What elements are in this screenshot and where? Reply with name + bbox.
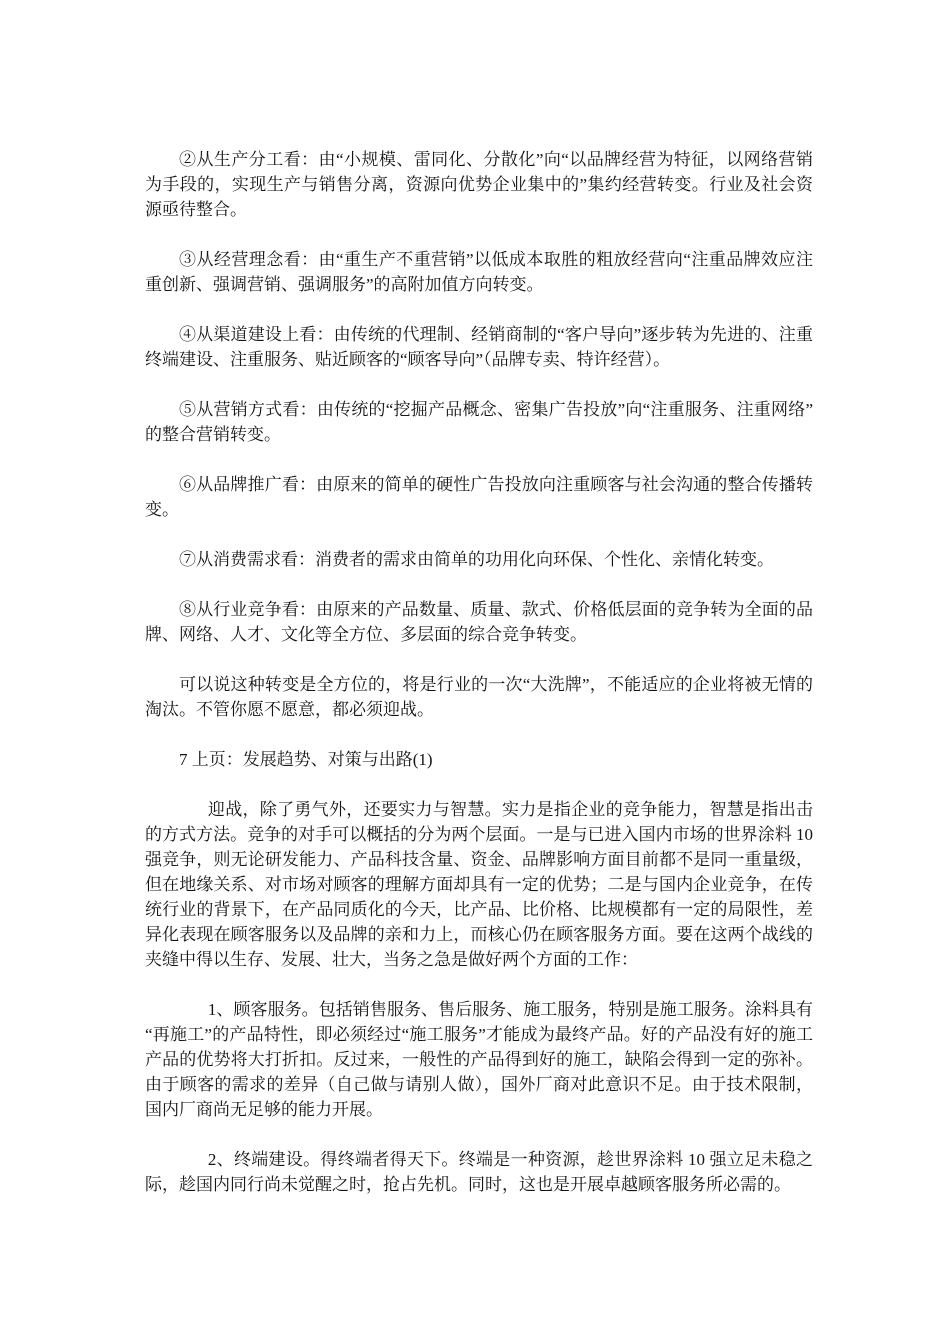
paragraph-customer-service: 1、顾客服务。包括销售服务、售后服务、施工服务，特别是施工服务。涂料具有“再施工… [145,997,813,1122]
document-page: ②从生产分工看：由“小规模、雷同化、分散化”向“以品牌经营为特征，以网络营销为手… [145,147,813,1222]
pagination-line: 7 上页：发展趋势、对策与出路(1) [145,747,813,772]
paragraph-business-philosophy: ③从经营理念看：由“重生产不重营销”以低成本取胜的粗放经营向“注重品牌效应注重创… [145,247,813,297]
paragraph-terminal-construction: 2、终端建设。得终端者得天下。终端是一种资源，趁世界涂料 10 强立足未稳之际，… [145,1147,813,1197]
paragraph-channel-construction: ④从渠道建设上看：由传统的代理制、经销商制的“客户导向”逐步转为先进的、注重终端… [145,322,813,372]
paragraph-conclusion-reshuffle: 可以说这种转变是全方位的，将是行业的一次“大洗牌”，不能适应的企业将被无情的淘汰… [145,672,813,722]
paragraph-production-division: ②从生产分工看：由“小规模、雷同化、分散化”向“以品牌经营为特征，以网络营销为手… [145,147,813,222]
paragraph-marketing-method: ⑤从营销方式看：由传统的“挖掘产品概念、密集广告投放”向“注重服务、注重网络”的… [145,397,813,447]
paragraph-consumer-demand: ⑦从消费需求看：消费者的需求由简单的功用化向环保、个性化、亲情化转变。 [145,547,813,572]
paragraph-industry-competition: ⑧从行业竞争看：由原来的产品数量、质量、款式、价格低层面的竞争转为全面的品牌、网… [145,597,813,647]
paragraph-brand-promotion: ⑥从品牌推广看：由原来的简单的硬性广告投放向注重顾客与社会沟通的整合传播转变。 [145,472,813,522]
paragraph-meet-the-challenge: 迎战，除了勇气外，还要实力与智慧。实力是指企业的竞争能力，智慧是指出击的方式方法… [145,797,813,972]
